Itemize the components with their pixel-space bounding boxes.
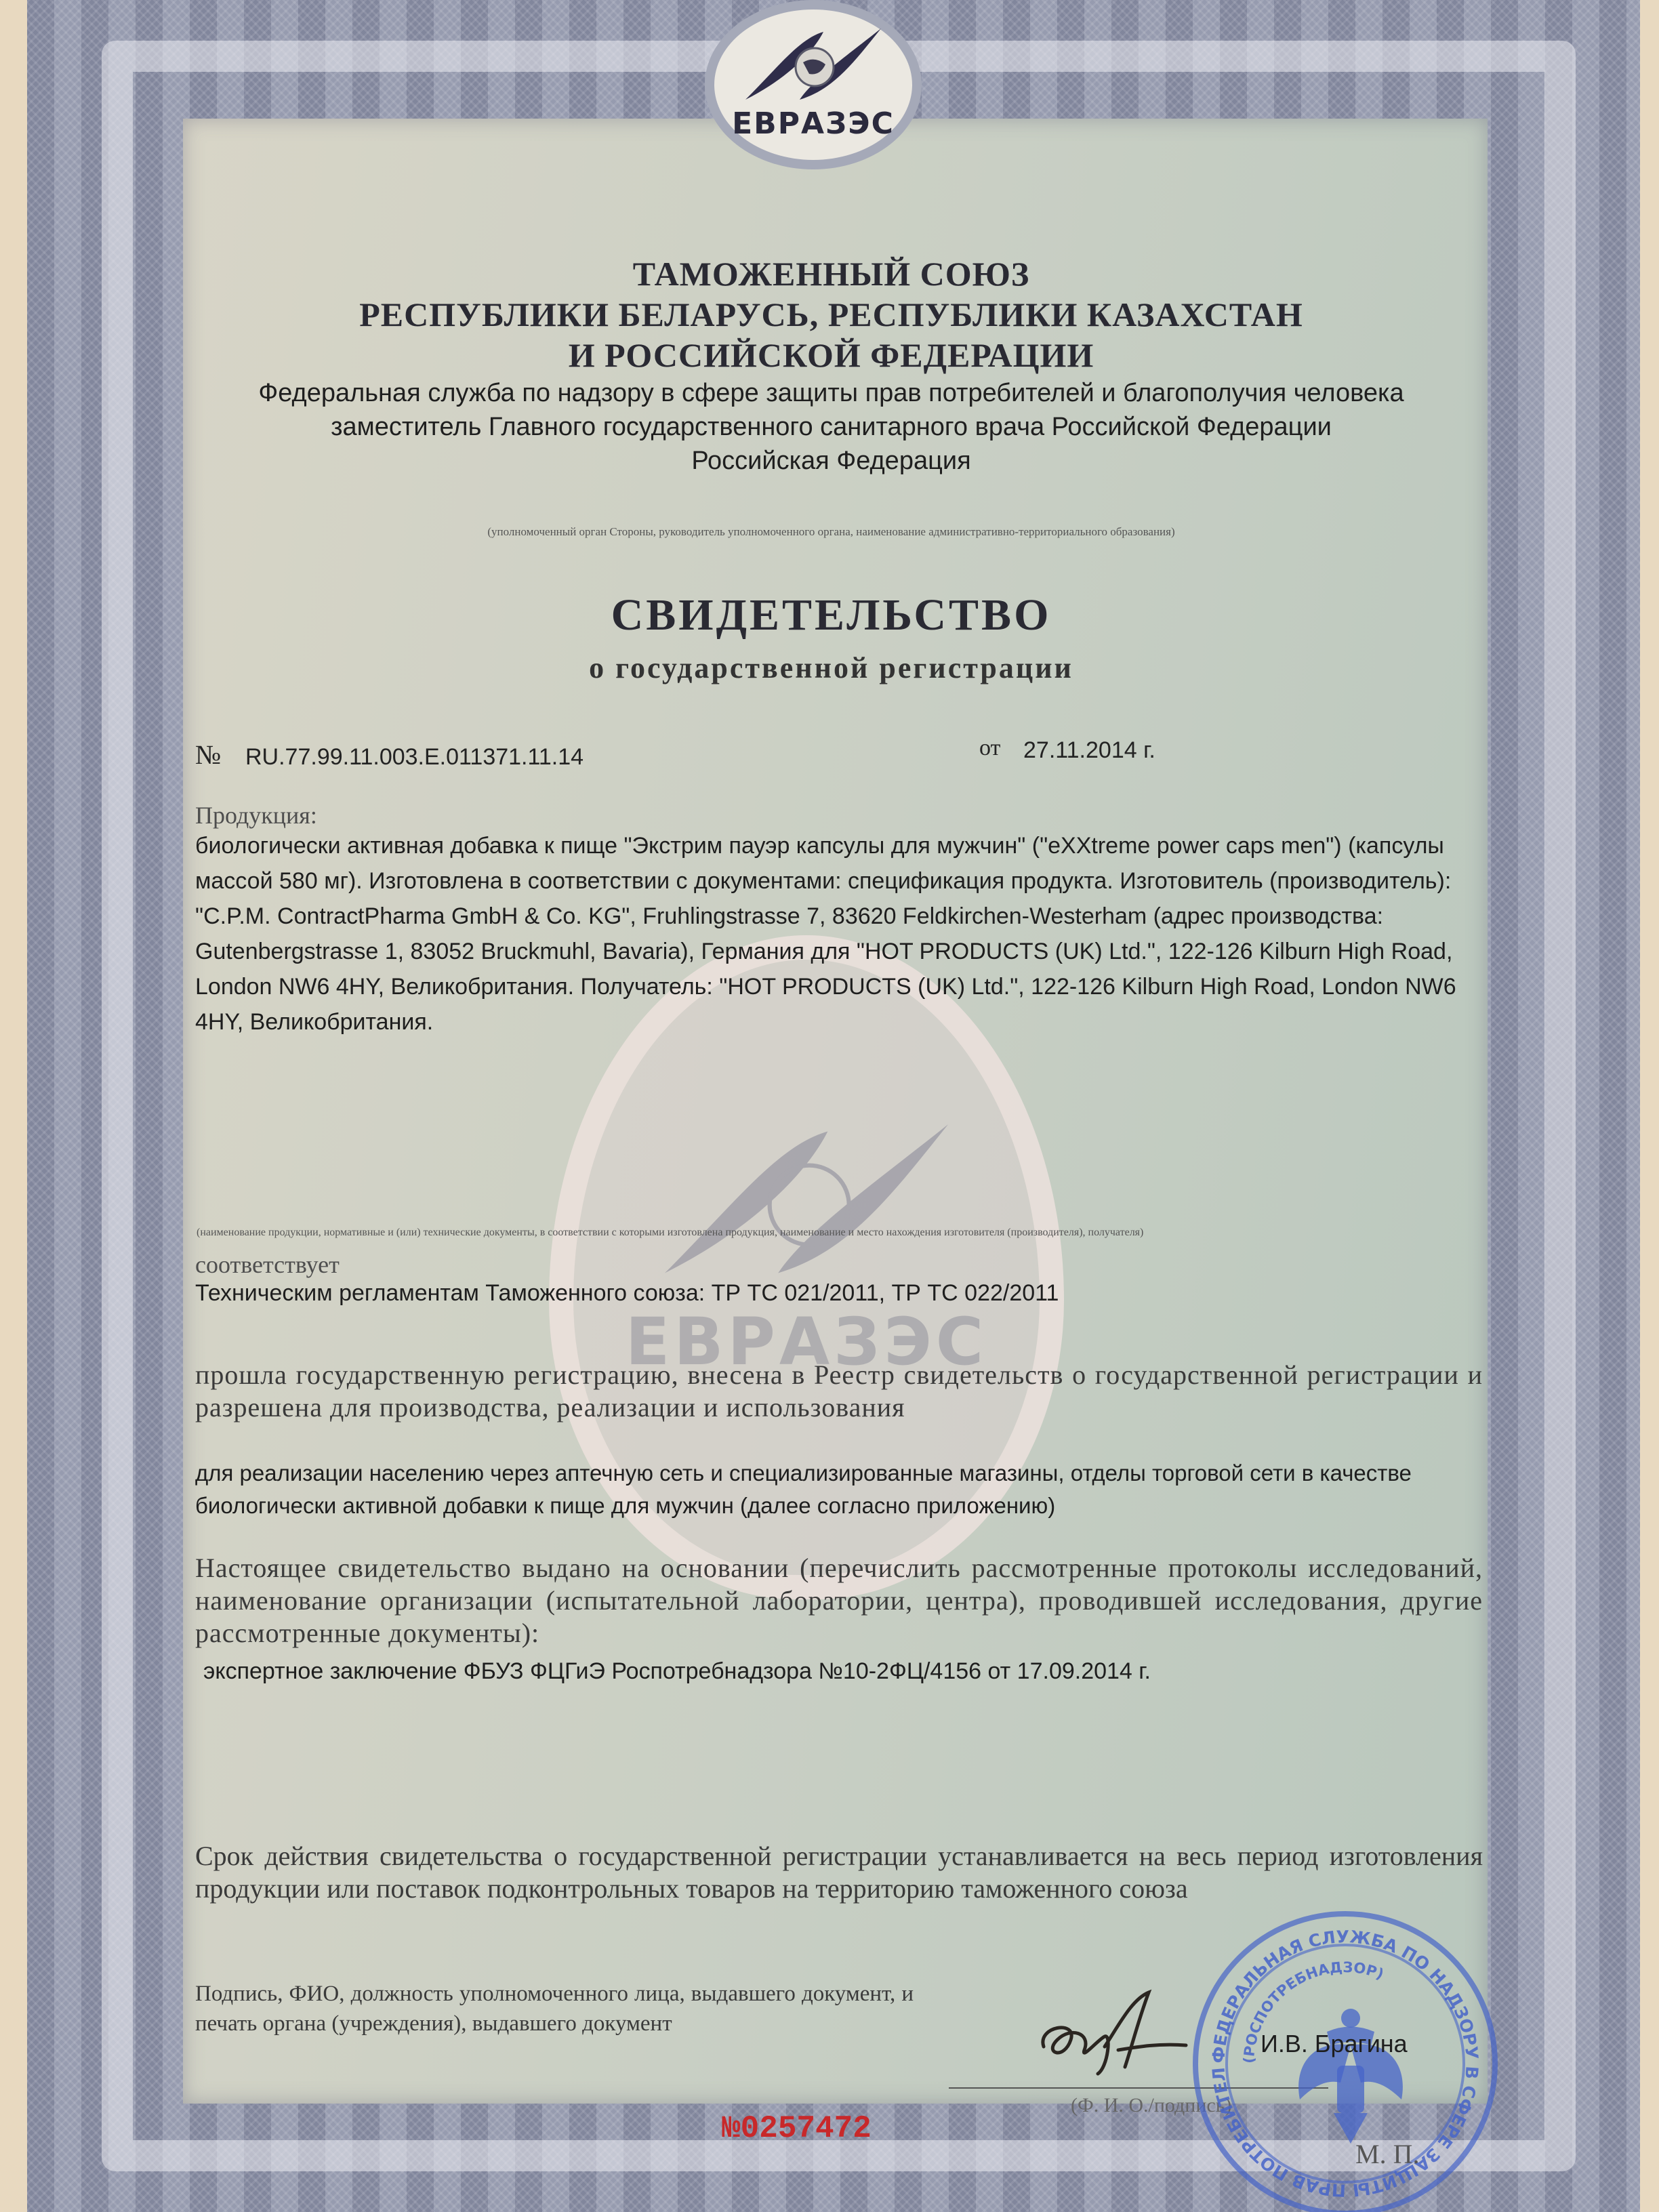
authority-line-1: Федеральная служба по надзору в сфере за… [156, 376, 1507, 410]
seal-place-mark: М. П. [1355, 2138, 1419, 2170]
russian-eagle-icon [1286, 2005, 1415, 2147]
certificate-subtitle: о государственной регистрации [156, 651, 1507, 685]
date-prefix: от [979, 735, 1000, 761]
watermark-logo-icon [651, 1101, 962, 1304]
product-caption: (наименование продукции, нормативные и (… [197, 1227, 1143, 1239]
official-seal: ФЕДЕРАЛЬНАЯ СЛУЖБА ПО НАДЗОРУ В СФЕРЕ ЗА… [1193, 1911, 1498, 2212]
certificate-title: СВИДЕТЕЛЬСТВО [156, 590, 1507, 641]
eurasec-emblem: ЕВРАЗЭС [705, 0, 922, 169]
certificate-date: 27.11.2014 г. [1023, 737, 1155, 764]
authority-caption: (уполномоченный орган Стороны, руководит… [156, 525, 1507, 539]
authority-line-2: заместитель Главного государственного са… [156, 410, 1507, 444]
authority-line-3: Российская Федерация [156, 444, 1507, 478]
conformity-text: Техническим регламентам Таможенного союз… [195, 1275, 1059, 1311]
product-label: Продукция: [195, 801, 317, 829]
conformity-label: соответствует [195, 1250, 340, 1279]
form-serial-number: №0257472 [722, 2111, 872, 2146]
union-title-line-1: ТАМОЖЕННЫЙ СОЮЗ [156, 254, 1507, 293]
handwritten-signature-icon [1030, 1986, 1206, 2094]
registration-usage: для реализации населению через аптечную … [195, 1457, 1523, 1522]
basis-text: Настоящее свидетельство выдано на основа… [195, 1552, 1483, 1650]
product-description: биологически активная добавка к пище "Эк… [195, 828, 1503, 1040]
emblem-text: ЕВРАЗЭС [732, 106, 895, 141]
certificate-number: RU.77.99.11.003.E.011371.11.14 [245, 744, 583, 771]
number-prefix: № [195, 739, 221, 771]
registration-text: прошла государственную регистрацию, внес… [195, 1359, 1483, 1424]
union-title-line-3: И РОССИЙСКОЙ ФЕДЕРАЦИИ [156, 335, 1507, 375]
union-title-line-2: РЕСПУБЛИКИ БЕЛАРУСЬ, РЕСПУБЛИКИ КАЗАХСТА… [156, 295, 1507, 334]
validity-text: Срок действия свидетельства о государств… [195, 1840, 1483, 1905]
signature-caption: Подпись, ФИО, должность уполномоченного … [195, 1979, 914, 2039]
basis-value: экспертное заключение ФБУЗ ФЦГиЭ Роспотр… [203, 1654, 1151, 1689]
eurasec-logo-icon [739, 25, 888, 106]
signer-name: И.В. Брагина [1261, 2030, 1408, 2058]
